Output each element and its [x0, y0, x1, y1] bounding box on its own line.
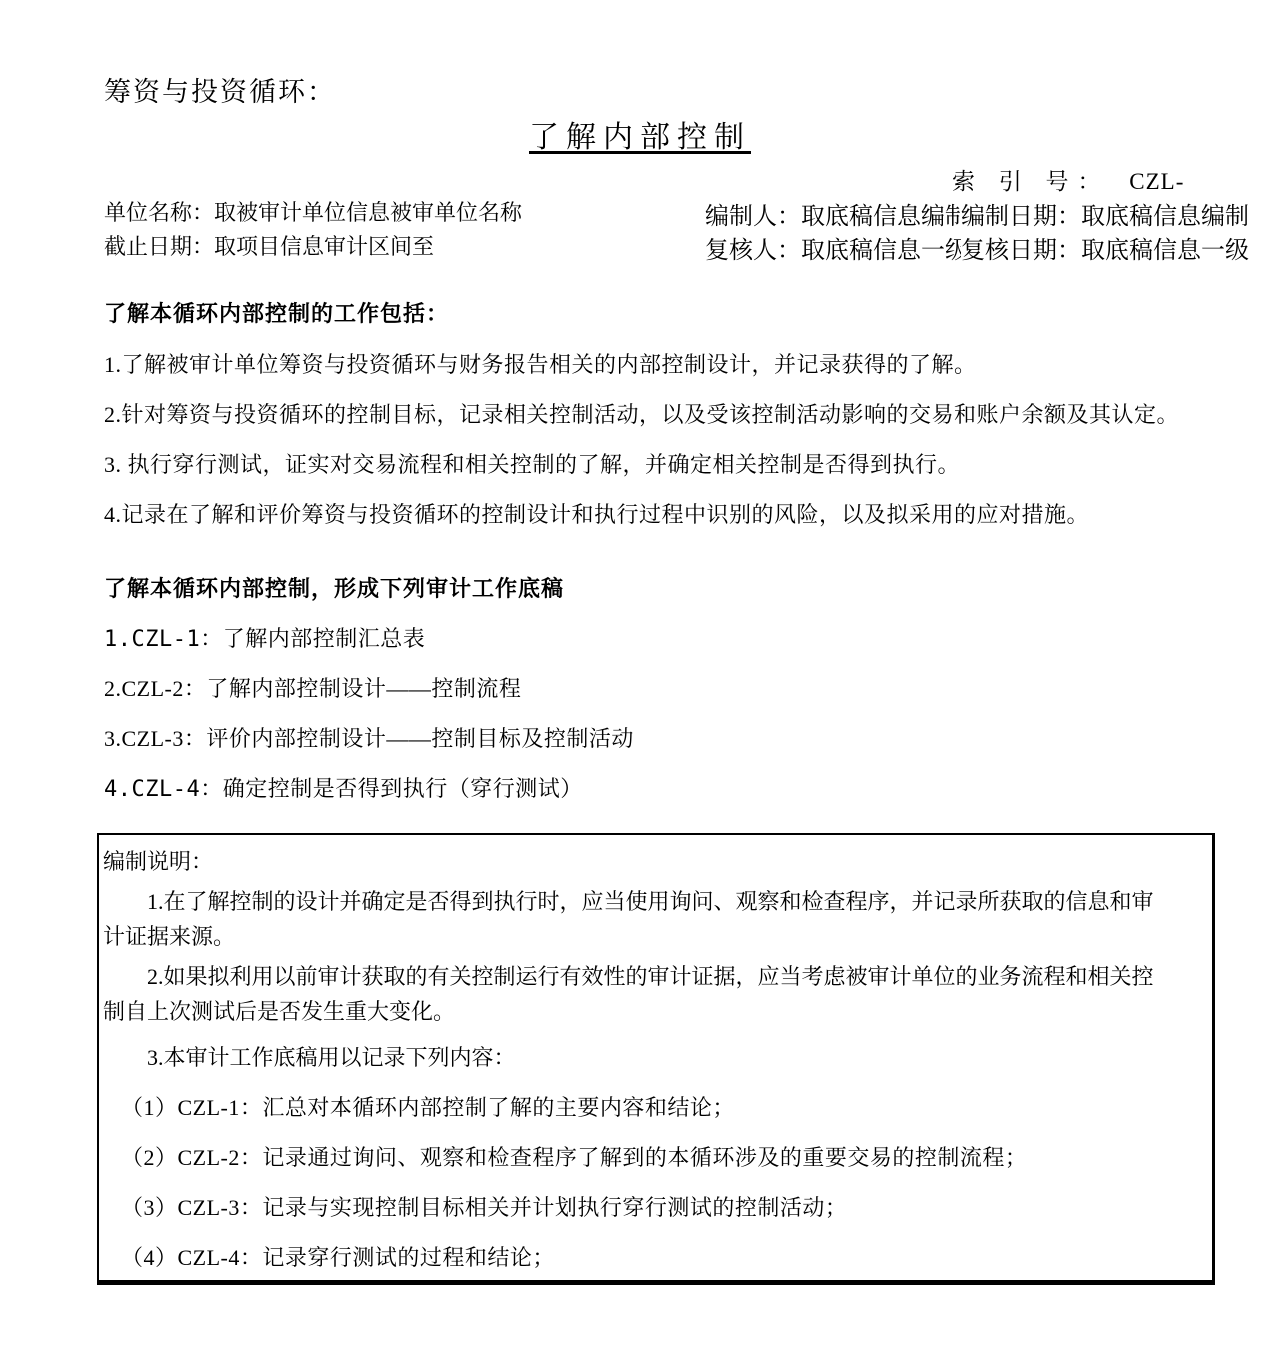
work-item-2: 2.针对筹资与投资循环的控制目标，记录相关控制活动，以及受该控制活动影响的交易和…: [104, 398, 1179, 429]
paper-item-czl4: 4.CZL-4：确定控制是否得到执行（穿行测试）: [104, 772, 583, 803]
index-label: 索 引 号：: [952, 169, 1110, 194]
header-row-1: 单位名称：取被审计单位信息被审单位名称 编制人：取底稿信息编制 编制日期：取底稿…: [0, 196, 1280, 228]
prepare-date-field: 编制日期：取底稿信息编制: [961, 196, 1280, 231]
notes-item-czl2: （2）CZL-2：记录通过询问、观察和检查程序了解到的本循环涉及的重要交易的控制…: [99, 1141, 1209, 1172]
cycle-label: 筹资与投资循环：: [104, 70, 336, 109]
reviewer-field: 复核人：取底稿信息一级: [705, 230, 961, 265]
index-value: CZL-: [1129, 169, 1184, 194]
unit-name-field: 单位名称：取被审计单位信息被审单位名称: [104, 196, 704, 227]
notes-paragraph-3: 3.本审计工作底稿用以记录下列内容：: [99, 1041, 1209, 1072]
cutoff-date-field: 截止日期：取项目信息审计区间至: [104, 230, 704, 261]
index-line: 索 引 号： CZL-: [952, 163, 1184, 196]
paper-item-czl2: 2.CZL-2：了解内部控制设计——控制流程: [104, 672, 521, 703]
notes-paragraph-1-line-1: 1.在了解控制的设计并确定是否得到执行时，应当使用询问、观察和检查程序，并记录所…: [99, 885, 1209, 916]
notes-paragraph-2-line-2: 制自上次测试后是否发生重大变化。: [99, 995, 1209, 1026]
papers-section-heading: 了解本循环内部控制，形成下列审计工作底稿: [104, 572, 564, 603]
notes-box: 编制说明： 1.在了解控制的设计并确定是否得到执行时，应当使用询问、观察和检查程…: [97, 833, 1215, 1285]
doc-title: 了解内部控制: [0, 112, 1280, 156]
header-row-2: 截止日期：取项目信息审计区间至 复核人：取底稿信息一级 复核日期：取底稿信息一级: [0, 230, 1280, 262]
work-item-3: 3. 执行穿行测试，证实对交易流程和相关控制的了解，并确定相关控制是否得到执行。: [104, 448, 960, 479]
notes-paragraph-1-line-2: 计证据来源。: [99, 920, 1209, 951]
work-section-heading: 了解本循环内部控制的工作包括：: [104, 297, 449, 328]
notes-item-czl3: （3）CZL-3：记录与实现控制目标相关并计划执行穿行测试的控制活动；: [99, 1191, 1209, 1222]
notes-item-czl4: （4）CZL-4：记录穿行测试的过程和结论；: [99, 1241, 1209, 1272]
review-date-field: 复核日期：取底稿信息一级: [961, 230, 1280, 265]
notes-item-czl1: （1）CZL-1：汇总对本循环内部控制了解的主要内容和结论；: [99, 1091, 1209, 1122]
work-item-4: 4.记录在了解和评价筹资与投资循环的控制设计和执行过程中识别的风险，以及拟采用的…: [104, 498, 1089, 529]
preparer-field: 编制人：取底稿信息编制: [705, 196, 961, 231]
notes-heading: 编制说明：: [99, 845, 1209, 876]
notes-paragraph-2-line-1: 2.如果拟利用以前审计获取的有关控制运行有效性的审计证据，应当考虑被审计单位的业…: [99, 960, 1209, 991]
work-item-1: 1.了解被审计单位筹资与投资循环与财务报告相关的内部控制设计，并记录获得的了解。: [104, 348, 977, 379]
paper-item-czl3: 3.CZL-3：评价内部控制设计——控制目标及控制活动: [104, 722, 634, 753]
paper-item-czl1: 1.CZL-1：了解内部控制汇总表: [104, 622, 425, 653]
document-page: 筹资与投资循环： 了解内部控制 索 引 号： CZL- 单位名称：取被审计单位信…: [0, 0, 1280, 1349]
